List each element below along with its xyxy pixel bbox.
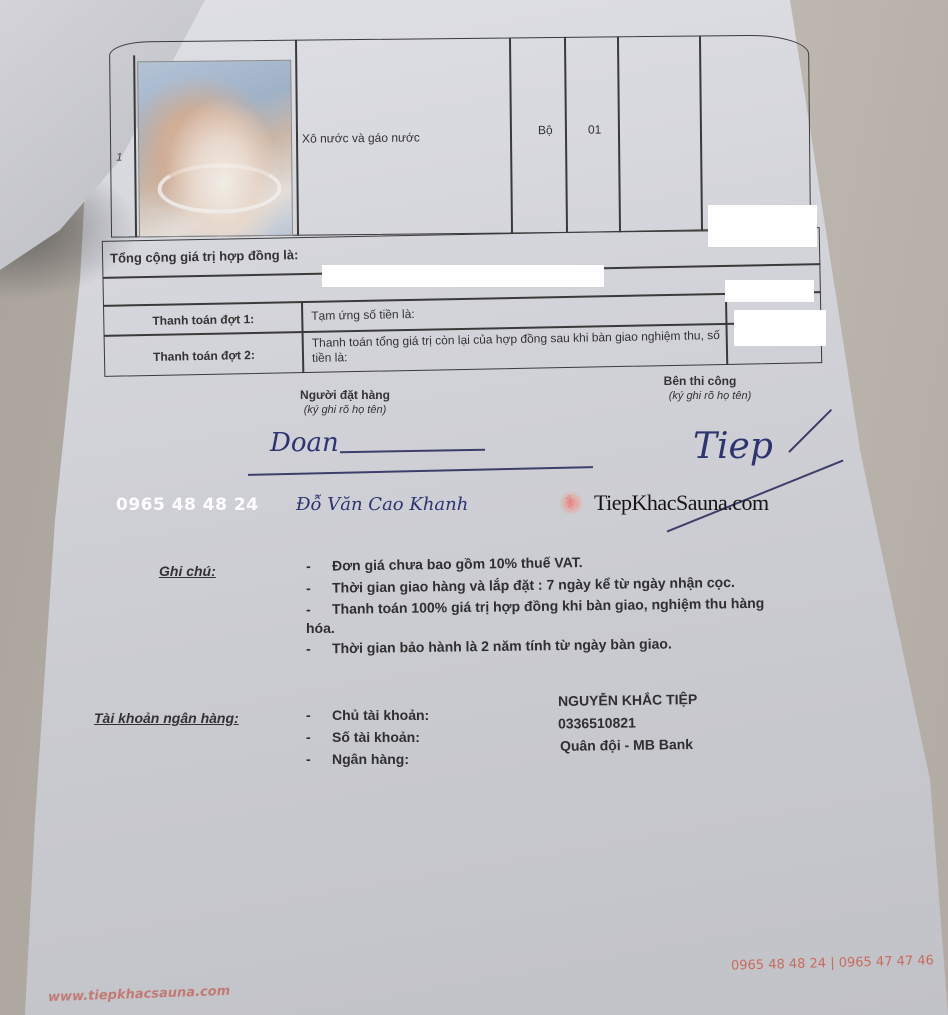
note-line-continuation: hóa. xyxy=(306,620,335,636)
redacted-payment-1-amount xyxy=(725,280,814,302)
item-name: Xô nước và gáo nước xyxy=(302,130,420,145)
buyer-heading: Người đặt hàng xyxy=(280,388,410,402)
redacted-unit-total xyxy=(708,205,817,247)
contractor-heading: Bên thi công xyxy=(645,374,755,388)
brand-watermark: ⚕ TiepKhacSauna.com xyxy=(556,489,769,517)
payments-table: Tổng cộng giá trị hợp đồng là: Thanh toá… xyxy=(102,227,822,377)
contractor-sign-note: (ký ghi rõ họ tên) xyxy=(645,390,775,402)
tk-logo-icon: ⚕ xyxy=(556,489,586,517)
contractor-signature: Tiep xyxy=(693,426,773,467)
bank-account-label: Tài khoản ngân hàng: xyxy=(94,710,239,726)
bucket-and-ladle-photo xyxy=(137,60,293,238)
item-unit: Bộ xyxy=(538,123,553,137)
watermark-phone: 0965 48 48 24 xyxy=(116,495,259,515)
buyer-sign-note: (ký ghi rõ họ tên) xyxy=(280,404,410,416)
account-holder-value: NGUYỄN KHẮC TIỆP xyxy=(558,691,697,709)
bank-name-value: Quân đội - MB Bank xyxy=(560,736,693,754)
redacted-total-in-words xyxy=(322,265,604,287)
redacted-payment-2-amount xyxy=(734,310,826,346)
buyer-printed-name: Đỗ Văn Cao Khanh xyxy=(296,494,468,515)
item-quantity: 01 xyxy=(588,123,602,137)
brand-name: TiepKhacSauna.com xyxy=(594,490,769,516)
account-number-value: 0336510821 xyxy=(558,714,636,731)
item-index: 1 xyxy=(116,152,122,164)
bank-field-account-holder: -Chủ tài khoản: xyxy=(306,707,429,723)
bank-field-account-number: -Số tài khoản: xyxy=(306,729,420,745)
items-table: 1 Xô nước và gáo nước Bộ 01 xyxy=(109,34,811,237)
notes-label: Ghi chú: xyxy=(159,563,216,579)
buyer-signature: Doan xyxy=(270,428,339,458)
bank-field-bank-name: -Ngân hàng: xyxy=(306,751,409,767)
